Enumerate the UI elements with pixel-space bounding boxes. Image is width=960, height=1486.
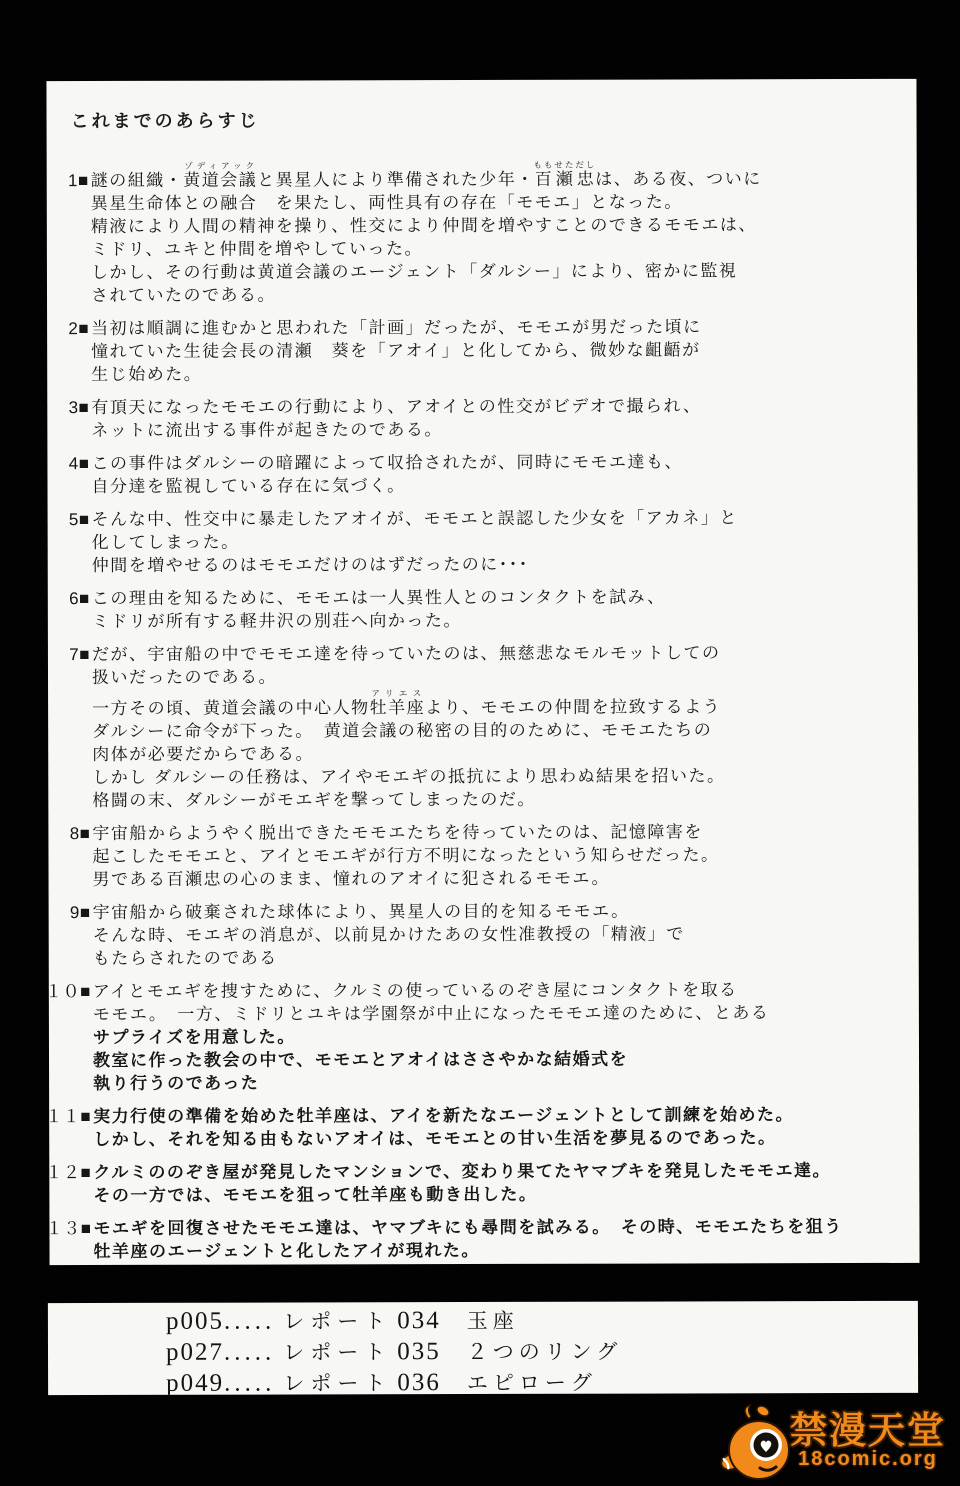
synopsis-text: 男である百瀬忠の心のまま、憧れのアオイに犯されるモモエ。 bbox=[93, 869, 611, 889]
toc-chapter-title: ２つのリング bbox=[467, 1341, 623, 1364]
synopsis-text: されていたのである。 bbox=[91, 286, 276, 305]
paragraph-number: 8■ bbox=[70, 822, 91, 845]
paragraph-number: 4■ bbox=[69, 452, 90, 475]
toc-report-label: レポート bbox=[283, 1372, 391, 1395]
synopsis-line: 9■宇宙船から破棄された球体により、異星人の目的を知るモモエ。 bbox=[71, 899, 913, 924]
page-background: これまでのあらすじ 1■謎の組織・黄道会議ゾディアックと異星人により準備された少… bbox=[0, 0, 960, 1486]
paragraph-number: 3■ bbox=[69, 396, 90, 419]
synopsis-text: そんな時、モエギの消息が、以前見かけたあの女性准教授の「精液」で bbox=[93, 924, 685, 945]
watermark: 禁漫天堂 18comic.org bbox=[720, 1400, 946, 1482]
synopsis-line: その一方では、モモエを狙って牡羊座も動き出した。 bbox=[71, 1182, 913, 1207]
synopsis-text: モエギを回復させたモモエ達は、ヤマブキにも尋問を試みる。 その時、モモエたちを狙… bbox=[93, 1217, 842, 1238]
toc-page-number: p049 bbox=[166, 1370, 224, 1395]
synopsis-text: 仲間を増やせるのはモモエだけのはずだったのに･･･ bbox=[92, 555, 529, 575]
synopsis-line: 執り行うのであった bbox=[71, 1070, 913, 1095]
synopsis-paragraph: １３■モエギを回復させたモモエ達は、ヤマブキにも尋問を試みる。 その時、モモエた… bbox=[71, 1215, 913, 1263]
synopsis-text: この事件はダルシーの暗躍によって収拾されたが、同時にモモエ達も、 bbox=[91, 452, 683, 473]
toc-dots: ..... bbox=[224, 1308, 275, 1335]
toc-report-number: 035 bbox=[397, 1338, 441, 1365]
synopsis-paragraphs: 1■謎の組織・黄道会議ゾディアックと異星人により準備された少年・百瀬忠ももせただ… bbox=[47, 159, 920, 1263]
synopsis-line: 生じ始めた。 bbox=[69, 361, 911, 386]
synopsis-text: 異星生命体との融合 を果たし、両性具有の存在「モモエ」となった。 bbox=[91, 192, 683, 213]
synopsis-line: 格闘の末、ダルシーがモエギを撃ってしまったのだ。 bbox=[70, 787, 912, 812]
toc-report-label: レポート bbox=[283, 1341, 391, 1364]
synopsis-paragraph: 5■そんな中、性交中に暴走したアオイが、モモエと誤認した少女を「アカネ」と化して… bbox=[70, 506, 912, 577]
toc-panel: p005.....レポート034玉座p027.....レポート035２つのリング… bbox=[48, 1301, 918, 1395]
synopsis-text: モモエ。 一方、ミドリとユキは学園祭が中止になったモモエ達のために、とある bbox=[93, 1003, 770, 1024]
synopsis-paragraph: 7■だが、宇宙船の中でモモエ達を待っていたのは、無慈悲なモルモットしての扱いだっ… bbox=[70, 641, 912, 812]
synopsis-line: １１■実力行使の準備を始めた牡羊座は、アイを新たなエージェントとして訓練を始めた… bbox=[71, 1103, 913, 1128]
synopsis-text: 当初は順調に進むかと思われた「計画」だったが、モモエが男だった頃に bbox=[91, 317, 702, 338]
toc-page-number: p027 bbox=[166, 1339, 224, 1366]
synopsis-line: モモエ。 一方、ミドリとユキは学園祭が中止になったモモエ達のために、とある bbox=[71, 1001, 913, 1026]
paragraph-number: 9■ bbox=[70, 901, 91, 924]
synopsis-line: 一方その頃、黄道会議の中心人物牡羊座アリエスより、モモエの仲間を拉致するよう bbox=[70, 687, 912, 720]
synopsis-line: 自分達を監視している存在に気づく。 bbox=[69, 473, 911, 498]
synopsis-text: 肉体が必要だからである。 bbox=[92, 744, 314, 764]
synopsis-text: 教室に作った教会の中で、モモエとアオイはささやかな結婚式を bbox=[93, 1050, 628, 1070]
synopsis-text: しかし、その行動は黄道会議のエージェント「ダルシー」により、密かに監視 bbox=[91, 261, 737, 282]
synopsis-paragraph: 2■当初は順調に進むかと思われた「計画」だったが、モモエが男だった頃に憧れていた… bbox=[69, 315, 911, 386]
synopsis-text: しかし、それを知る由もないアオイは、モモエとの甘い生活を夢見るのであった。 bbox=[93, 1128, 776, 1149]
paragraph-number: １０■ bbox=[46, 980, 90, 1003]
synopsis-line: そんな時、モエギの消息が、以前見かけたあの女性准教授の「精液」で bbox=[71, 922, 913, 947]
synopsis-text: 宇宙船からようやく脱出できたモモエたちを待っていたのは、記憶障害を bbox=[92, 822, 703, 843]
mascot-icon bbox=[720, 1402, 796, 1484]
synopsis-text: 一方その頃、黄道会議の中心人物牡羊座アリエスより、モモエの仲間を拉致するよう bbox=[92, 697, 721, 718]
synopsis-line: 男である百瀬忠の心のまま、憧れのアオイに犯されるモモエ。 bbox=[71, 866, 913, 891]
synopsis-paragraph: 1■謎の組織・黄道会議ゾディアックと異星人により準備された少年・百瀬忠ももせただ… bbox=[69, 159, 911, 307]
paragraph-number: 6■ bbox=[69, 587, 90, 610]
synopsis-line: １０■アイとモエギを捜すために、クルミの使っているのぞき屋にコンタクトを取る bbox=[71, 978, 913, 1003]
synopsis-text: 扱いだったのである。 bbox=[92, 668, 277, 687]
paragraph-number: 1■ bbox=[68, 169, 89, 192]
synopsis-text: サプライズを用意した。 bbox=[93, 1027, 296, 1047]
synopsis-text: クルミののぞき屋が発見したマンションで、変わり果てたヤマブキを発見したモモエ達。 bbox=[93, 1161, 831, 1182]
synopsis-text: そんな中、性交中に暴走したアオイが、モモエと誤認した少女を「アカネ」と bbox=[92, 508, 738, 529]
paragraph-number: 7■ bbox=[69, 643, 90, 666]
synopsis-text: ミドリ、ユキと仲間を増やしていった。 bbox=[91, 239, 423, 259]
synopsis-line: 起こしたモモエと、アイとモエギが行方不明になったという知らせだった。 bbox=[70, 843, 912, 868]
synopsis-text: その一方では、モモエを狙って牡羊座も動き出した。 bbox=[93, 1185, 537, 1205]
synopsis-line: 6■この理由を知るために、モモエは一人異性人とのコンタクトを試み、 bbox=[70, 585, 912, 610]
synopsis-text: しかし ダルシーの任務は、アイやモエギの抵抗により思わぬ結果を招いた。 bbox=[92, 766, 725, 787]
synopsis-line: 扱いだったのである。 bbox=[70, 664, 912, 689]
synopsis-line: 8■宇宙船からようやく脱出できたモモエたちを待っていたのは、記憶障害を bbox=[70, 820, 912, 845]
synopsis-paragraph: 4■この事件はダルシーの暗躍によって収拾されたが、同時にモモエ達も、自分達を監視… bbox=[69, 450, 911, 498]
synopsis-paragraph: １２■クルミののぞき屋が発見したマンションで、変わり果てたヤマブキを発見したモモ… bbox=[71, 1159, 913, 1207]
synopsis-line: 7■だが、宇宙船の中でモモエ達を待っていたのは、無慈悲なモルモットしての bbox=[70, 641, 912, 666]
synopsis-text: 牡羊座のエージェントと化したアイが現れた。 bbox=[93, 1241, 479, 1261]
synopsis-line: しかし、その行動は黄道会議のエージェント「ダルシー」により、密かに監視 bbox=[69, 259, 911, 284]
paragraph-number: １２■ bbox=[46, 1161, 91, 1184]
toc-dots: ..... bbox=[224, 1370, 275, 1396]
toc-row: p005.....レポート034玉座 bbox=[166, 1306, 918, 1339]
synopsis-line: 1■謎の組織・黄道会議ゾディアックと異星人により準備された少年・百瀬忠ももせただ… bbox=[69, 159, 911, 192]
synopsis-line: 精液により人間の精神を操り、性交により仲間を増やすことのできるモモエは、 bbox=[69, 213, 911, 238]
synopsis-text: 実力行使の準備を始めた牡羊座は、アイを新たなエージェントとして訓練を始めた。 bbox=[93, 1105, 794, 1126]
toc-report-number: 034 bbox=[397, 1307, 441, 1334]
synopsis-line: ダルシーに命令が下った。 黄道会議の秘密の目的のために、モモエたちの bbox=[70, 718, 912, 743]
synopsis-text: ネットに流出する事件が起きたのである。 bbox=[91, 420, 443, 440]
synopsis-text: この理由を知るために、モモエは一人異性人とのコンタクトを試み、 bbox=[92, 588, 666, 609]
toc-row: p027.....レポート035２つのリング bbox=[166, 1337, 918, 1370]
synopsis-text: 精液により人間の精神を操り、性交により仲間を増やすことのできるモモエは、 bbox=[91, 215, 757, 236]
synopsis-text: ミドリが所有する軽井沢の別荘へ向かった。 bbox=[92, 611, 462, 631]
synopsis-text: 宇宙船から破棄された球体により、異星人の目的を知るモモエ。 bbox=[93, 902, 630, 922]
toc-row: p049.....レポート036エピローグ bbox=[166, 1368, 918, 1395]
synopsis-text: 生じ始めた。 bbox=[91, 365, 202, 384]
synopsis-paragraph: １１■実力行使の準備を始めた牡羊座は、アイを新たなエージェントとして訓練を始めた… bbox=[71, 1103, 913, 1151]
synopsis-line: 教室に作った教会の中で、モモエとアオイはささやかな結婚式を bbox=[71, 1047, 913, 1072]
synopsis-panel: これまでのあらすじ 1■謎の組織・黄道会議ゾディアックと異星人により準備された少… bbox=[46, 79, 919, 1265]
synopsis-line: サプライズを用意した。 bbox=[71, 1024, 913, 1049]
synopsis-line: もたらされたのである bbox=[71, 945, 913, 970]
synopsis-line: ミドリが所有する軽井沢の別荘へ向かった。 bbox=[70, 608, 912, 633]
synopsis-line: 4■この事件はダルシーの暗躍によって収拾されたが、同時にモモエ達も、 bbox=[69, 450, 911, 475]
synopsis-paragraph: 3■有頂天になったモモエの行動により、アオイとの性交がビデオで撮られ、ネットに流… bbox=[69, 394, 911, 442]
synopsis-text: もたらされたのである bbox=[93, 949, 278, 968]
synopsis-line: ネットに流出する事件が起きたのである。 bbox=[69, 417, 911, 442]
paragraph-number: 2■ bbox=[68, 317, 89, 340]
toc-rows: p005.....レポート034玉座p027.....レポート035２つのリング… bbox=[166, 1306, 918, 1395]
synopsis-line: １３■モエギを回復させたモモエ達は、ヤマブキにも尋問を試みる。 その時、モモエた… bbox=[71, 1215, 913, 1240]
synopsis-text: 謎の組織・黄道会議ゾディアックと異星人により準備された少年・百瀬忠ももせただしは… bbox=[91, 169, 762, 190]
synopsis-paragraph: 8■宇宙船からようやく脱出できたモモエたちを待っていたのは、記憶障害を起こしたモ… bbox=[70, 820, 912, 891]
paragraph-number: １１■ bbox=[46, 1105, 91, 1128]
synopsis-line: されていたのである。 bbox=[69, 282, 911, 307]
synopsis-line: 3■有頂天になったモモエの行動により、アオイとの性交がビデオで撮られ、 bbox=[69, 394, 911, 419]
synopsis-line: しかし ダルシーの任務は、アイやモエギの抵抗により思わぬ結果を招いた。 bbox=[70, 764, 912, 789]
synopsis-paragraph: 9■宇宙船から破棄された球体により、異星人の目的を知るモモエ。そんな時、モエギの… bbox=[71, 899, 913, 970]
paragraph-number: 5■ bbox=[69, 508, 90, 531]
synopsis-line: 仲間を増やせるのはモモエだけのはずだったのに･･･ bbox=[70, 552, 912, 577]
synopsis-text: アイとモエギを捜すために、クルミの使っているのぞき屋にコンタクトを取る bbox=[93, 980, 738, 1001]
synopsis-text: だが、宇宙船の中でモモエ達を待っていたのは、無慈悲なモルモットしての bbox=[92, 643, 721, 664]
synopsis-line: 化してしまった。 bbox=[70, 529, 912, 554]
watermark-site-url: 18comic.org bbox=[798, 1448, 938, 1471]
synopsis-line: 肉体が必要だからである。 bbox=[70, 741, 912, 766]
synopsis-text: 執り行うのであった bbox=[93, 1074, 259, 1093]
synopsis-text: 化してしまった。 bbox=[92, 533, 240, 552]
synopsis-title: これまでのあらすじ bbox=[71, 105, 917, 133]
synopsis-text: 有頂天になったモモエの行動により、アオイとの性交がビデオで撮られ、 bbox=[91, 396, 701, 417]
toc-chapter-title: 玉座 bbox=[467, 1310, 519, 1333]
synopsis-text: 起こしたモモエと、アイとモエギが行方不明になったという知らせだった。 bbox=[92, 845, 719, 866]
toc-page-number: p005 bbox=[166, 1308, 224, 1335]
synopsis-line: 異星生命体との融合 を果たし、両性具有の存在「モモエ」となった。 bbox=[69, 190, 911, 215]
synopsis-text: 格闘の末、ダルシーがモエギを撃ってしまったのだ。 bbox=[92, 790, 536, 810]
toc-dots: ..... bbox=[224, 1339, 275, 1366]
synopsis-line: 牡羊座のエージェントと化したアイが現れた。 bbox=[71, 1238, 913, 1263]
toc-chapter-title: エピローグ bbox=[467, 1372, 597, 1395]
synopsis-text: ダルシーに命令が下った。 黄道会議の秘密の目的のために、モモエたちの bbox=[92, 720, 712, 741]
synopsis-text: 憧れていた生徒会長の清瀬 葵を「アオイ」と化してから、微妙な齟齬が bbox=[91, 340, 701, 361]
synopsis-text: 自分達を監視している存在に気づく。 bbox=[91, 476, 405, 496]
synopsis-line: しかし、それを知る由もないアオイは、モモエとの甘い生活を夢見るのであった。 bbox=[71, 1126, 913, 1151]
toc-report-label: レポート bbox=[283, 1310, 391, 1333]
synopsis-line: 2■当初は順調に進むかと思われた「計画」だったが、モモエが男だった頃に bbox=[69, 315, 911, 340]
toc-report-number: 036 bbox=[397, 1369, 441, 1395]
synopsis-paragraph: 6■この理由を知るために、モモエは一人異性人とのコンタクトを試み、ミドリが所有す… bbox=[70, 585, 912, 633]
paragraph-number: １３■ bbox=[46, 1217, 91, 1240]
synopsis-line: １２■クルミののぞき屋が発見したマンションで、変わり果てたヤマブキを発見したモモ… bbox=[71, 1159, 913, 1184]
synopsis-line: 憧れていた生徒会長の清瀬 葵を「アオイ」と化してから、微妙な齟齬が bbox=[69, 338, 911, 363]
synopsis-paragraph: １０■アイとモエギを捜すために、クルミの使っているのぞき屋にコンタクトを取るモモ… bbox=[71, 978, 913, 1095]
synopsis-line: 5■そんな中、性交中に暴走したアオイが、モモエと誤認した少女を「アカネ」と bbox=[70, 506, 912, 531]
watermark-site-name: 禁漫天堂 bbox=[790, 1411, 946, 1451]
synopsis-line: ミドリ、ユキと仲間を増やしていった。 bbox=[69, 236, 911, 261]
